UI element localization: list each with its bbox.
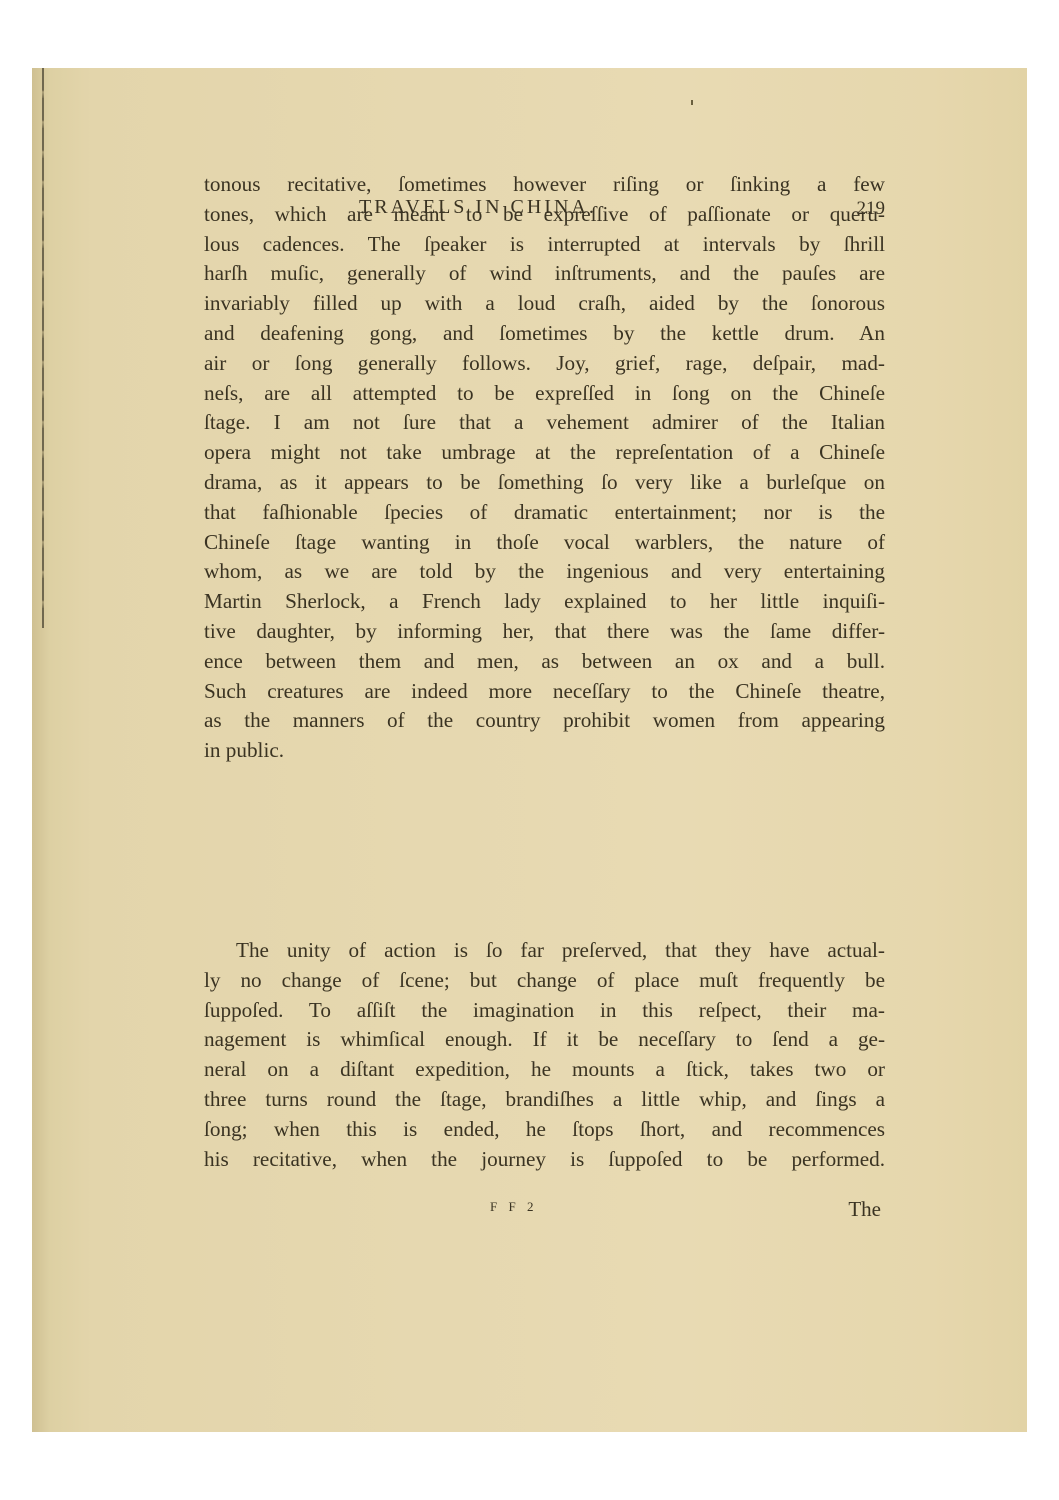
text-line: The unity of action is ſo far preſerved,…	[204, 936, 885, 966]
text-line: that faſhionable ſpecies of dramatic ent…	[204, 498, 885, 528]
text-line: nagement is whimſical enough. If it be n…	[204, 1025, 885, 1055]
text-line: neral on a diſtant expedition, he mounts…	[204, 1055, 885, 1085]
text-line: ſong; when this is ended, he ſtops ſhort…	[204, 1115, 885, 1145]
binding-gutter-line	[42, 68, 44, 628]
text-line: ſuppoſed. To aſſiſt the imagination in t…	[204, 996, 885, 1026]
text-line: opera might not take umbrage at the repr…	[204, 438, 885, 468]
text-line: Martin Sherlock, a French lady explained…	[204, 587, 885, 617]
catchword: The	[848, 1197, 881, 1222]
text-line: tones, which are meant to be expreſſive …	[204, 200, 885, 230]
text-line: Such creatures are indeed more neceſſary…	[204, 677, 885, 707]
text-line: invariably filled up with a loud craſh, …	[204, 289, 885, 319]
text-line: tonous recitative, ſometimes however riſ…	[204, 170, 885, 200]
text-line: drama, as it appears to be ſomething ſo …	[204, 468, 885, 498]
paragraph-1: tonous recitative, ſometimes however riſ…	[204, 170, 885, 766]
ink-speck	[691, 100, 693, 105]
text-line: in public.	[204, 736, 885, 766]
text-line: air or ſong generally follows. Joy, grie…	[204, 349, 885, 379]
text-line: neſs, are all attempted to be expreſſed …	[204, 379, 885, 409]
page-footer: F F 2 The	[204, 1197, 885, 1227]
signature-mark: F F 2	[490, 1199, 537, 1215]
text-line: and deafening gong, and ſometimes by the…	[204, 319, 885, 349]
text-line: ence between them and men, as between an…	[204, 647, 885, 677]
paragraph-2: The unity of action is ſo far preſerved,…	[204, 936, 885, 1174]
text-line: his recitative, when the journey is ſupp…	[204, 1145, 885, 1175]
text-line: three turns round the ſtage, brandiſhes …	[204, 1085, 885, 1115]
text-line: ſtage. I am not ſure that a vehement adm…	[204, 408, 885, 438]
book-page: TRAVELS IN CHINA. 219 tonous recitative,…	[32, 68, 1027, 1432]
text-line: Chineſe ſtage wanting in thoſe vocal war…	[204, 528, 885, 558]
text-line: as the manners of the country prohibit w…	[204, 706, 885, 736]
text-line: tive daughter, by informing her, that th…	[204, 617, 885, 647]
text-line: ly no change of ſcene; but change of pla…	[204, 966, 885, 996]
text-line: whom, as we are told by the ingenious an…	[204, 557, 885, 587]
text-line: harſh muſic, generally of wind inſtrumen…	[204, 259, 885, 289]
text-line: lous cadences. The ſpeaker is interrupte…	[204, 230, 885, 260]
